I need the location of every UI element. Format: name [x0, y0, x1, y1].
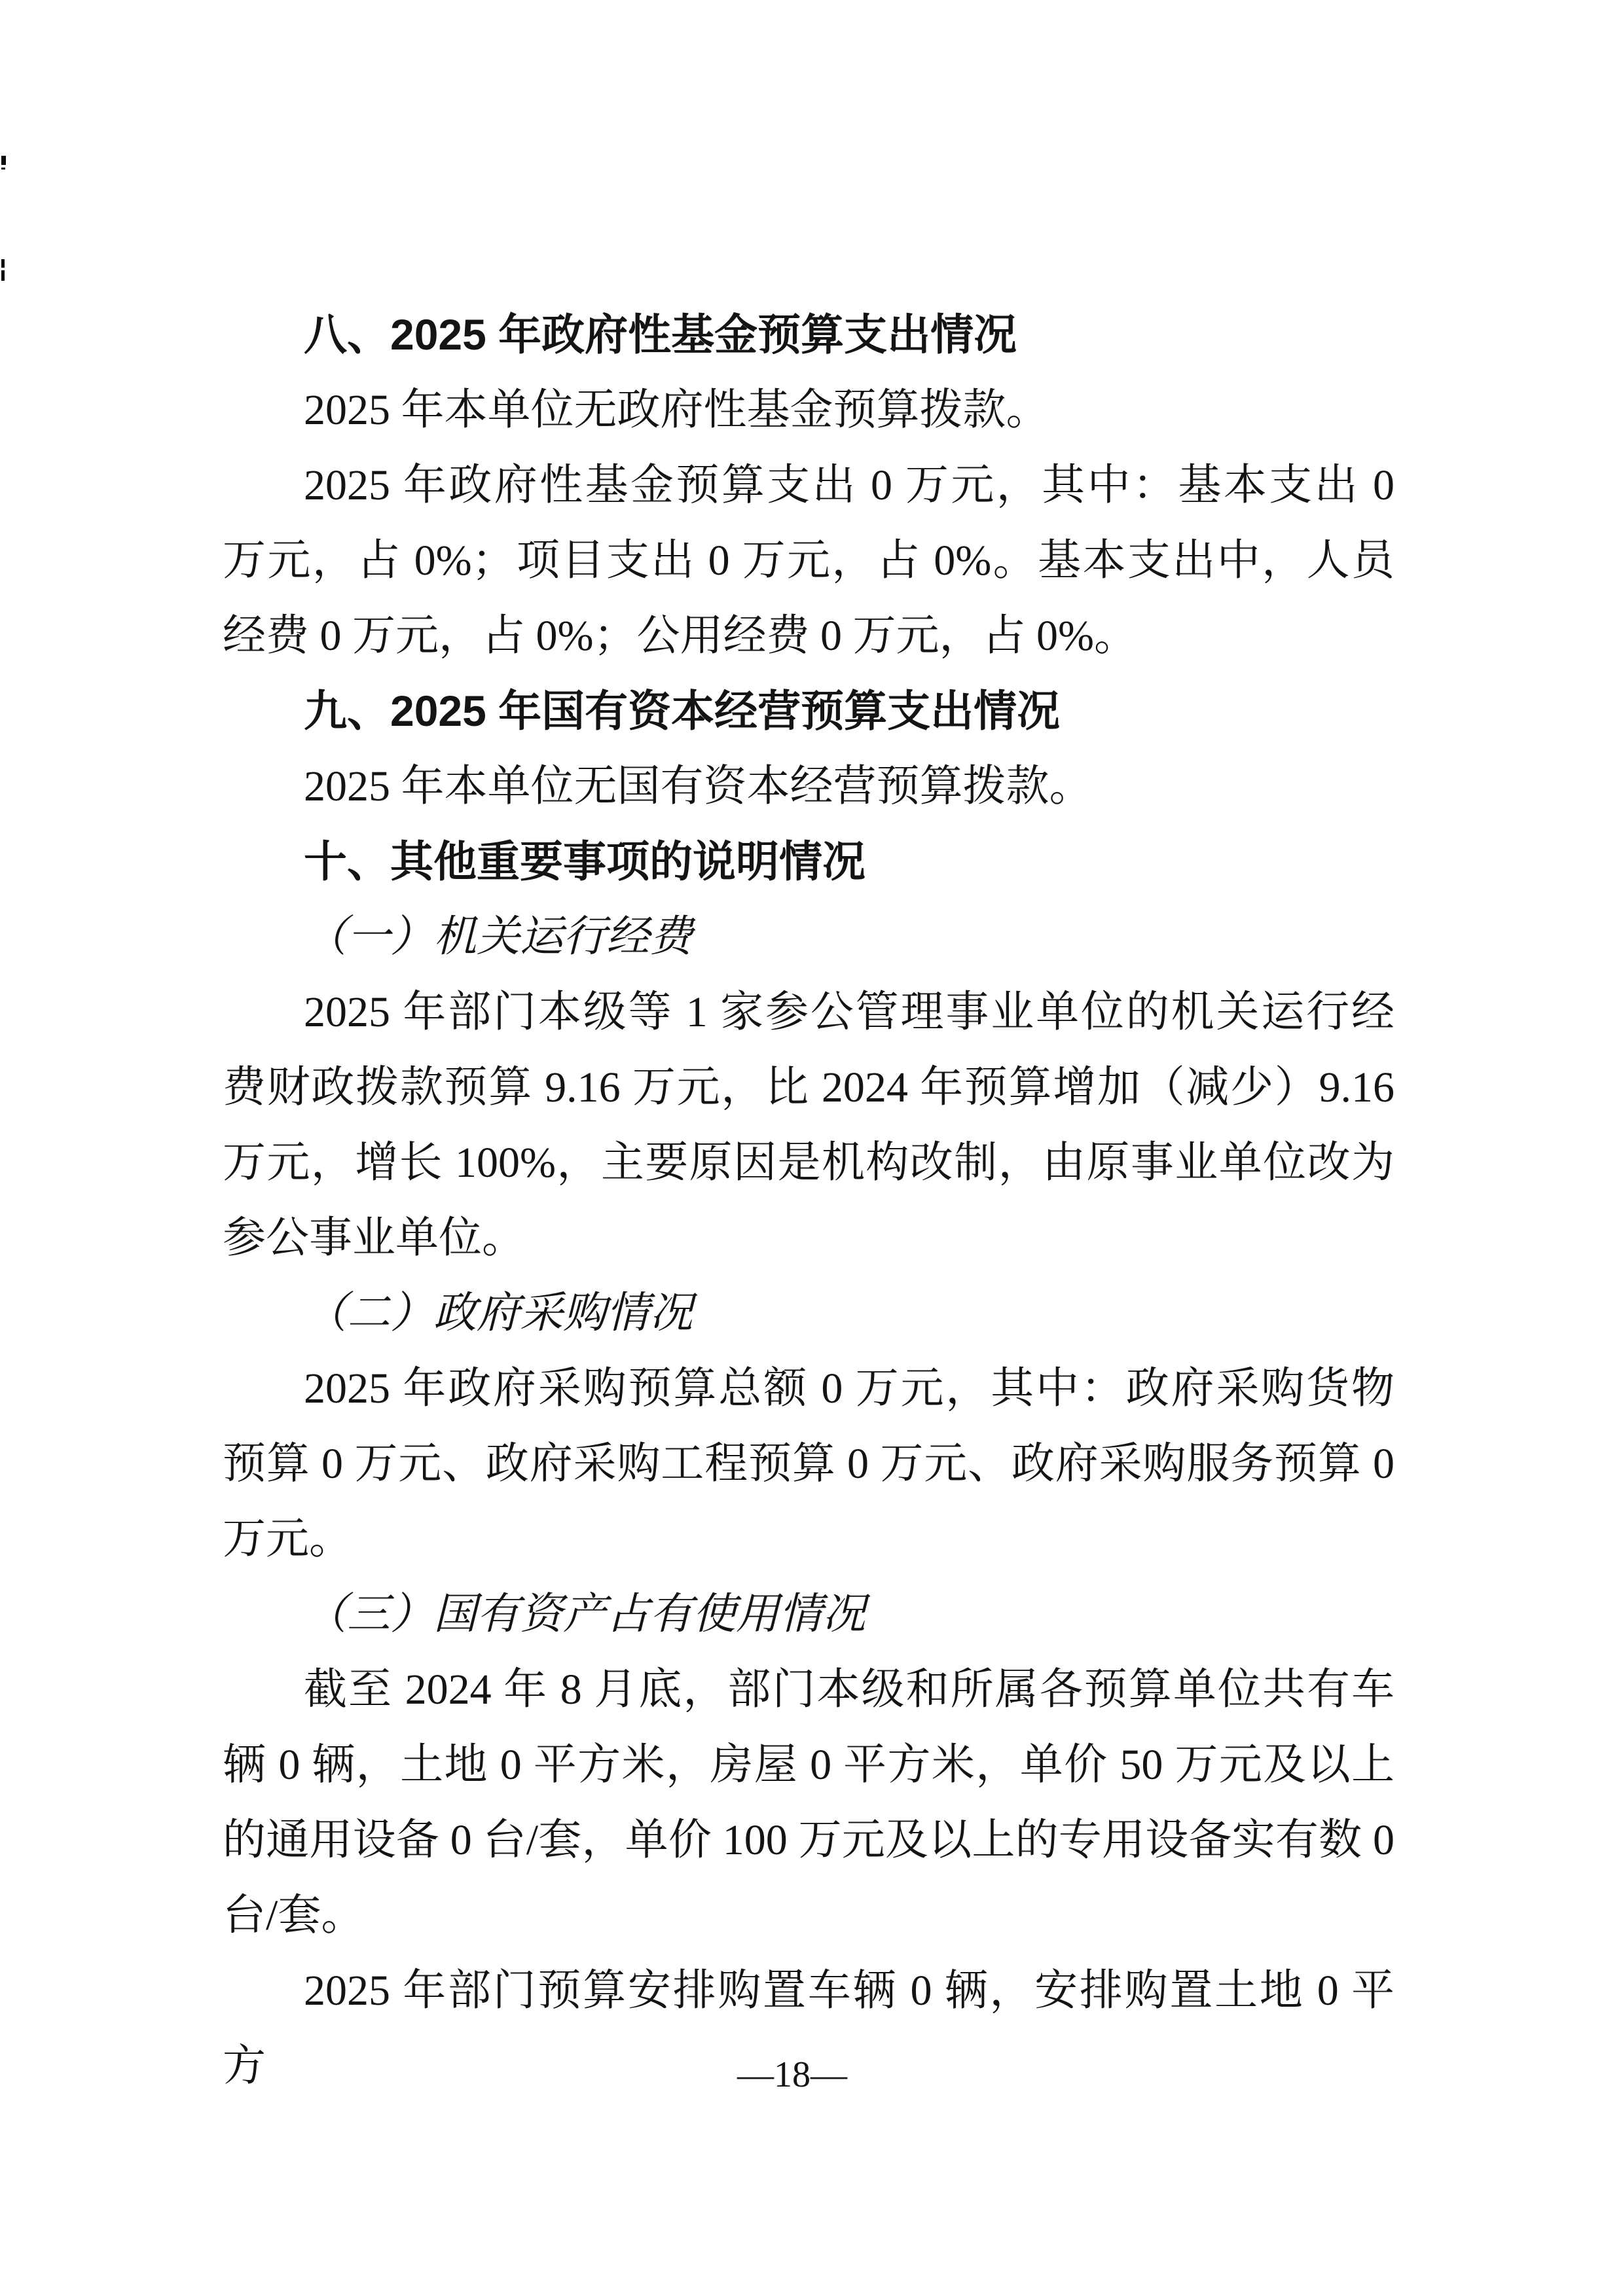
- document-page: 八、2025 年政府性基金预算支出情况 2025 年本单位无政府性基金预算拨款。…: [0, 0, 1623, 2296]
- section-heading-state-capital-budget: 九、2025 年国有资本经营预算支出情况: [223, 673, 1395, 749]
- paragraph-gov-fund-none: 2025 年本单位无政府性基金预算拨款。: [223, 372, 1395, 448]
- section-heading-gov-fund-budget: 八、2025 年政府性基金预算支出情况: [223, 297, 1395, 372]
- paragraph-state-assets-usage: 截至 2024 年 8 月底，部门本级和所属各预算单位共有车辆 0 辆，土地 0…: [223, 1652, 1395, 1953]
- scan-artifact-mark: [1, 168, 5, 170]
- scan-artifact-mark: [1, 156, 6, 165]
- scan-artifact-mark: [1, 259, 5, 268]
- paragraph-gov-fund-detail: 2025 年政府性基金预算支出 0 万元，其中：基本支出 0 万元，占 0%；项…: [223, 448, 1395, 673]
- subheading-state-assets-usage: （三）国有资产占有使用情况: [223, 1577, 1395, 1652]
- paragraph-gov-procurement: 2025 年政府采购预算总额 0 万元，其中：政府采购货物预算 0 万元、政府采…: [223, 1351, 1395, 1577]
- subheading-gov-procurement: （二）政府采购情况: [223, 1276, 1395, 1351]
- page-number: —18—: [0, 2055, 1584, 2094]
- scan-artifact-mark: [1, 270, 5, 281]
- section-heading-other-important-items: 十、其他重要事项的说明情况: [223, 824, 1395, 899]
- paragraph-state-capital-none: 2025 年本单位无国有资本经营预算拨款。: [223, 749, 1395, 824]
- paragraph-agency-operating-expense: 2025 年部门本级等 1 家参公管理事业单位的机关运行经费财政拨款预算 9.1…: [223, 975, 1395, 1276]
- subheading-agency-operating-expense: （一）机关运行经费: [223, 899, 1395, 975]
